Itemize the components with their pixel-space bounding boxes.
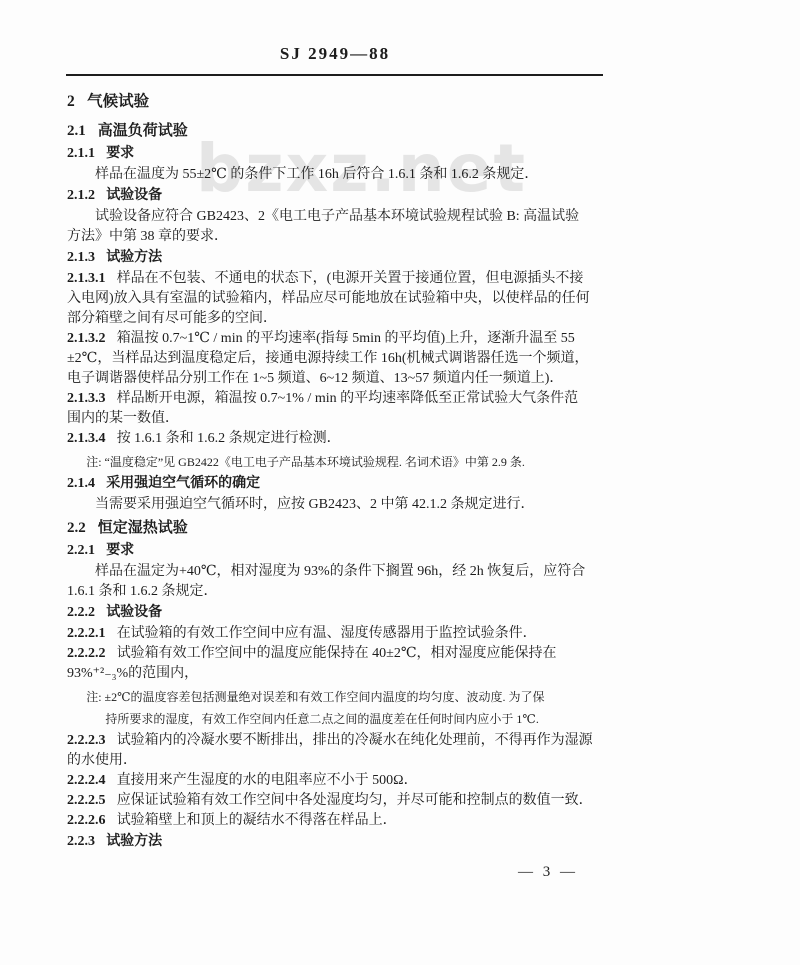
clause-text: 持所要求的湿度，有效工作空间内任意二点之间的温度差在任何时间内应小于 1℃. [105, 712, 538, 726]
text-line: 2.1.3.1样品在不包装、不通电的状态下，(电源开关置于接通位置，但电源插头不… [67, 269, 627, 289]
clause-number: 2.1.3.3 [67, 391, 106, 406]
document-header-code: SJ 2949—88 [67, 44, 603, 64]
text-line: 部分箱壁之间有尽可能多的空间． [67, 309, 627, 329]
clause-number: 2.2.2.1 [67, 626, 106, 641]
clause-text: 电子调谐器使样品分别工作在 1~5 频道、6~12 频道、13~57 频道内任一… [67, 371, 563, 386]
text-line: 2.2.2试验设备 [67, 603, 627, 623]
clause-number: 2.1.4 [67, 476, 95, 491]
clause-number: 2.1.3 [67, 250, 95, 265]
text-line: 注: ±2℃的温度容差包括测量绝对误差和有效工作空间内温度的均匀度、波动度. 为… [67, 687, 627, 707]
clause-text: 试验方法 [106, 834, 162, 849]
clause-text: 高温负荷试验 [98, 123, 188, 139]
clause-number: 2.1.3.2 [67, 331, 106, 346]
text-line: 2.1.3.3样品断开电源，箱温按 0.7~1% / min 的平均速率降低至正… [67, 389, 627, 409]
text-line: 2.2恒定湿热试验 [67, 518, 627, 538]
clause-text: 在试验箱的有效工作空间中应有温、湿度传感器用于监控试验条件． [117, 626, 537, 641]
clause-text: 采用强迫空气循环的确定 [106, 476, 260, 491]
text-line: 2.2.1要求 [67, 541, 627, 561]
text-line: 2气候试验 [67, 92, 627, 112]
clause-number: 2.2 [67, 520, 86, 536]
text-line: 2.2.2.1在试验箱的有效工作空间中应有温、湿度传感器用于监控试验条件． [67, 624, 627, 644]
clause-text: 入电网)放入具有室温的试验箱内，样品应尽可能地放在试验箱中央，以使样品的任何 [67, 291, 590, 306]
header-divider-rule [66, 74, 603, 76]
clause-number: 2.1.2 [67, 188, 95, 203]
text-line: 2.2.2.2试验箱有效工作空间中的温度应能保持在 40±2℃，相对湿度应能保持… [67, 644, 627, 664]
scanned-standard-page: SJ 2949—88 bzxz.net 2气候试验2.1高温负荷试验2.1.1要… [0, 0, 800, 965]
text-line: 2.1高温负荷试验 [67, 121, 627, 141]
clause-number: 2.1 [67, 123, 86, 139]
clause-number: 2.2.2.5 [67, 793, 106, 808]
clause-text: 当需要采用强迫空气循环时，应按 GB2423、2 中第 42.1.2 条规定进行… [95, 497, 534, 512]
text-line: ±2℃，当样品达到温度稳定后，接通电源持续工作 16h(机械式调谐器任选一个频道… [67, 349, 627, 369]
text-line: 样品在温度为 55±2℃ 的条件下工作 16h 后符合 1.6.1 条和 1.6… [67, 165, 627, 185]
text-line: 当需要采用强迫空气循环时，应按 GB2423、2 中第 42.1.2 条规定进行… [67, 495, 627, 515]
clause-text: 试验设备应符合 GB2423、2《电工电子产品基本环境试验规程试验 B: 高温试… [95, 209, 579, 224]
clause-text: 恒定湿热试验 [98, 520, 188, 536]
clause-text: 样品断开电源，箱温按 0.7~1% / min 的平均速率降低至正常试验大气条件… [117, 391, 578, 406]
text-line: 2.1.3.4按 1.6.1 条和 1.6.2 条规定进行检测． [67, 429, 627, 449]
clause-number: 2.1.1 [67, 146, 95, 161]
text-line: 试验设备应符合 GB2423、2《电工电子产品基本环境试验规程试验 B: 高温试… [67, 207, 627, 227]
clause-text: 气候试验 [87, 93, 149, 110]
clause-text: 试验箱有效工作空间中的温度应能保持在 40±2℃，相对湿度应能保持在 [117, 646, 557, 661]
clause-number: 2.2.2 [67, 605, 95, 620]
clause-text: 围内的某一数值． [67, 411, 179, 426]
text-line: 2.1.3.2箱温按 0.7~1℃ / min 的平均速率(指每 5min 的平… [67, 329, 627, 349]
page-number: — 3 — [518, 864, 578, 881]
clause-text: 注: “温度稳定”见 GB2422《电工电子产品基本环境试验规程. 名词术语》中… [86, 455, 525, 469]
text-line: 2.2.2.6试验箱壁上和顶上的凝结水不得落在样品上． [67, 811, 627, 831]
clause-number: 2.1.3.1 [67, 271, 106, 286]
clause-text: 试验方法 [106, 250, 162, 265]
clause-number: 2.2.2.2 [67, 646, 106, 661]
clause-text: 应保证试验箱有效工作空间中各处湿度均匀，并尽可能和控制点的数值一致． [117, 793, 593, 808]
text-line: 持所要求的湿度，有效工作空间内任意二点之间的温度差在任何时间内应小于 1℃. [67, 709, 627, 729]
clause-number: 2.2.3 [67, 834, 95, 849]
clause-text: 样品在温定为+40℃，相对湿度为 93%的条件下搁置 96h，经 2h 恢复后，… [95, 564, 585, 579]
clause-text: 直接用来产生湿度的水的电阻率应不小于 500Ω． [117, 773, 418, 788]
text-line: 2.1.2试验设备 [67, 186, 627, 206]
clause-text: 按 1.6.1 条和 1.6.2 条规定进行检测． [117, 431, 341, 446]
text-line: 2.1.3试验方法 [67, 248, 627, 268]
clause-number: 2.2.2.3 [67, 733, 106, 748]
clause-text: 部分箱壁之间有尽可能多的空间． [67, 311, 277, 326]
text-line: 2.2.3试验方法 [67, 832, 627, 852]
clause-text: 试验箱壁上和顶上的凝结水不得落在样品上． [117, 813, 397, 828]
clause-number: 2.2.2.4 [67, 773, 106, 788]
clause-text: ±2℃，当样品达到温度稳定后，接通电源持续工作 16h(机械式调谐器任选一个频道… [67, 351, 589, 366]
clause-text: 箱温按 0.7~1℃ / min 的平均速率(指每 5min 的平均值)上升，逐… [117, 331, 575, 346]
clause-text: 1.6.1 条和 1.6.2 条规定． [67, 584, 218, 599]
clause-text: 要求 [106, 543, 134, 558]
text-line: 2.2.2.5应保证试验箱有效工作空间中各处湿度均匀，并尽可能和控制点的数值一致… [67, 791, 627, 811]
text-line: 1.6.1 条和 1.6.2 条规定． [67, 582, 627, 602]
text-line: 注: “温度稳定”见 GB2422《电工电子产品基本环境试验规程. 名词术语》中… [67, 452, 627, 472]
text-line: 2.1.4采用强迫空气循环的确定 [67, 474, 627, 494]
text-line: 2.2.2.3试验箱内的冷凝水要不断排出，排出的冷凝水在纯化处理前，不得再作为湿… [67, 731, 627, 751]
text-line: 电子调谐器使样品分别工作在 1~5 频道、6~12 频道、13~57 频道内任一… [67, 369, 627, 389]
text-line: 93%⁺²₋₃%的范围内， [67, 664, 627, 684]
clause-text: 试验箱内的冷凝水要不断排出，排出的冷凝水在纯化处理前，不得再作为湿源 [117, 733, 593, 748]
text-line: 2.1.1要求 [67, 144, 627, 164]
clause-text: 要求 [106, 146, 134, 161]
clause-number: 2.2.1 [67, 543, 95, 558]
text-line: 2.2.2.4直接用来产生湿度的水的电阻率应不小于 500Ω． [67, 771, 627, 791]
document-body: 2气候试验2.1高温负荷试验2.1.1要求样品在温度为 55±2℃ 的条件下工作… [67, 88, 627, 853]
clause-text: 试验设备 [106, 188, 162, 203]
text-line: 方法》中第 38 章的要求． [67, 227, 627, 247]
clause-text: 93%⁺²₋₃%的范围内， [67, 666, 198, 681]
clause-text: 样品在不包装、不通电的状态下，(电源开关置于接通位置，但电源插头不接 [117, 271, 584, 286]
clause-text: 样品在温度为 55±2℃ 的条件下工作 16h 后符合 1.6.1 条和 1.6… [95, 167, 538, 182]
clause-text: 注: ±2℃的温度容差包括测量绝对误差和有效工作空间内温度的均匀度、波动度. 为… [86, 690, 544, 704]
clause-text: 方法》中第 38 章的要求． [67, 229, 228, 244]
clause-text: 试验设备 [106, 605, 162, 620]
text-line: 样品在温定为+40℃，相对湿度为 93%的条件下搁置 96h，经 2h 恢复后，… [67, 562, 627, 582]
text-line: 的水使用． [67, 751, 627, 771]
clause-number: 2.1.3.4 [67, 431, 106, 446]
clause-number: 2.2.2.6 [67, 813, 106, 828]
clause-number: 2 [67, 93, 75, 110]
clause-text: 的水使用． [67, 753, 137, 768]
text-line: 入电网)放入具有室温的试验箱内，样品应尽可能地放在试验箱中央，以使样品的任何 [67, 289, 627, 309]
text-line: 围内的某一数值． [67, 409, 627, 429]
